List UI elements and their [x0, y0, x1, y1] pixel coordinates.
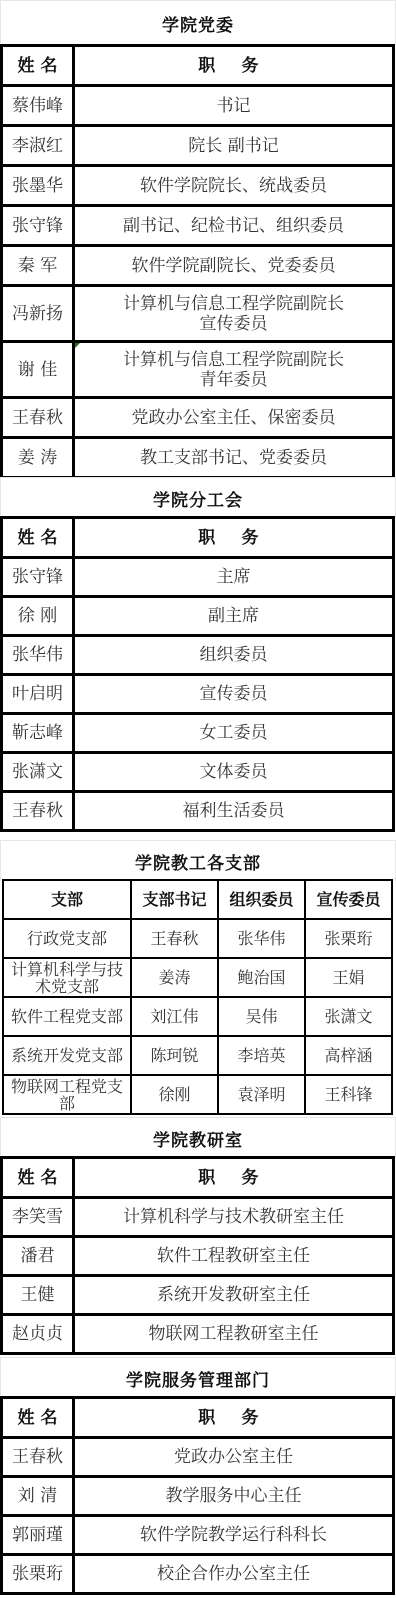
table-row: 王春秋 党政办公室主任、保密委员: [2, 398, 394, 438]
branch-secretary: 陈珂锐: [131, 1036, 218, 1075]
table-row: 张守锋 主席: [2, 558, 394, 597]
branch-publicity: 张潇文: [305, 997, 392, 1036]
table-row: 王健 系统开发教研室主任: [2, 1276, 394, 1315]
table-row: 物联网工程党支部 徐刚 袁泽明 王科锋: [3, 1075, 392, 1114]
member-name: 姜 涛: [2, 438, 74, 478]
table-header-row: 姓 名 职 务: [2, 518, 394, 558]
table-header-row: 姓 名 职 务: [2, 1398, 394, 1438]
member-name: 张栗珩: [2, 1555, 74, 1594]
member-duty: 计算机与信息工程学院副院长 宣传委员: [74, 286, 394, 342]
branch-name: 系统开发党支部: [3, 1036, 131, 1075]
member-duty: 软件学院院长、统战委员: [74, 166, 394, 206]
table-row: 王春秋 党政办公室主任: [2, 1438, 394, 1477]
member-duty: 副主席: [74, 597, 394, 636]
table-row: 姜 涛 教工支部书记、党委委员: [2, 438, 394, 478]
labor-union-table: 姓 名 职 务 张守锋 主席 徐 刚 副主席 张华伟 组织委员 叶启明 宣传委员…: [0, 516, 395, 832]
section-title-teaching-office: 学院教研室: [0, 1117, 396, 1158]
member-duty: 教工支部书记、党委委员: [74, 438, 394, 478]
duty-line-1: 计算机与信息工程学院副院长: [75, 294, 392, 314]
member-name: 赵贞贞: [2, 1315, 74, 1354]
branch-publicity: 王娟: [305, 958, 392, 997]
table-row: 靳志峰 女工委员: [2, 714, 394, 753]
table-row: 徐 刚 副主席: [2, 597, 394, 636]
cell-comment-marker: [75, 343, 80, 348]
table-row: 叶启明 宣传委员: [2, 675, 394, 714]
member-name: 王春秋: [2, 1438, 74, 1477]
member-name: 叶启明: [2, 675, 74, 714]
branch-publicity: 王科锋: [305, 1075, 392, 1114]
member-duty: 软件学院教学运行科科长: [74, 1516, 394, 1555]
header-secretary: 支部书记: [131, 880, 218, 919]
table-row: 李淑红 院长 副书记: [2, 126, 394, 166]
table-row: 王春秋 福利生活委员: [2, 792, 394, 831]
header-branch: 支部: [3, 880, 131, 919]
branches-table: 支部 支部书记 组织委员 宣传委员 行政党支部 王春秋 张华伟 张栗珩 计算机科…: [2, 879, 393, 1115]
header-organization: 组织委员: [218, 880, 305, 919]
table-row: 李笑雪 计算机科学与技术教研室主任: [2, 1198, 394, 1237]
table-row: 刘 清 教学服务中心主任: [2, 1477, 394, 1516]
branch-publicity: 张栗珩: [305, 919, 392, 958]
header-duty: 职 务: [74, 518, 394, 558]
branch-name: 软件工程党支部: [3, 997, 131, 1036]
member-duty: 软件学院副院长、党委委员: [74, 246, 394, 286]
member-duty: 书记: [74, 86, 394, 126]
header-publicity: 宣传委员: [305, 880, 392, 919]
member-duty: 女工委员: [74, 714, 394, 753]
branch-organization: 吴伟: [218, 997, 305, 1036]
section-title-party-committee: 学院党委: [0, 0, 396, 45]
branch-name: 物联网工程党支部: [3, 1075, 131, 1114]
table-row: 张墨华 软件学院院长、统战委员: [2, 166, 394, 206]
member-duty: 教学服务中心主任: [74, 1477, 394, 1516]
table-row: 冯新扬 计算机与信息工程学院副院长 宣传委员: [2, 286, 394, 342]
member-name: 张守锋: [2, 206, 74, 246]
member-name: 王春秋: [2, 398, 74, 438]
table-row: 张守锋 副书记、纪检书记、组织委员: [2, 206, 394, 246]
member-duty: 校企合作办公室主任: [74, 1555, 394, 1594]
table-row: 赵贞贞 物联网工程教研室主任: [2, 1315, 394, 1354]
member-duty: 文体委员: [74, 753, 394, 792]
member-name: 冯新扬: [2, 286, 74, 342]
section-title-branches: 学院教工各支部: [0, 840, 396, 881]
branch-secretary: 王春秋: [131, 919, 218, 958]
table-row: 行政党支部 王春秋 张华伟 张栗珩: [3, 919, 392, 958]
table-header-row: 姓 名 职 务: [2, 46, 394, 86]
branch-organization: 李培英: [218, 1036, 305, 1075]
table-row: 张华伟 组织委员: [2, 636, 394, 675]
member-duty: 宣传委员: [74, 675, 394, 714]
table-row: 软件工程党支部 刘江伟 吴伟 张潇文: [3, 997, 392, 1036]
branch-secretary: 徐刚: [131, 1075, 218, 1114]
member-duty: 副书记、纪检书记、组织委员: [74, 206, 394, 246]
header-name: 姓 名: [2, 46, 74, 86]
table-row: 谢 佳 计算机与信息工程学院副院长 青年委员: [2, 342, 394, 398]
table-header-row: 姓 名 职 务: [2, 1158, 394, 1198]
branch-organization: 张华伟: [218, 919, 305, 958]
member-name: 潘君: [2, 1237, 74, 1276]
table-row: 张潇文 文体委员: [2, 753, 394, 792]
header-duty: 职 务: [74, 1398, 394, 1438]
branch-name: 计算机科学与技术党支部: [3, 958, 131, 997]
branch-secretary: 姜涛: [131, 958, 218, 997]
member-name: 谢 佳: [2, 342, 74, 398]
table-header-row: 支部 支部书记 组织委员 宣传委员: [3, 880, 392, 919]
header-duty: 职 务: [74, 1158, 394, 1198]
member-name: 靳志峰: [2, 714, 74, 753]
table-row: 郭丽瑾 软件学院教学运行科科长: [2, 1516, 394, 1555]
member-name: 张潇文: [2, 753, 74, 792]
member-duty: 党政办公室主任: [74, 1438, 394, 1477]
branch-organization: 袁泽明: [218, 1075, 305, 1114]
member-name: 秦 军: [2, 246, 74, 286]
member-name: 刘 清: [2, 1477, 74, 1516]
member-name: 张守锋: [2, 558, 74, 597]
party-committee-table: 姓 名 职 务 蔡伟峰 书记 李淑红 院长 副书记 张墨华 软件学院院长、统战委…: [0, 44, 395, 479]
member-duty: 福利生活委员: [74, 792, 394, 831]
branch-name: 行政党支部: [3, 919, 131, 958]
member-duty: 系统开发教研室主任: [74, 1276, 394, 1315]
header-duty: 职 务: [74, 46, 394, 86]
member-name: 张华伟: [2, 636, 74, 675]
branch-secretary: 刘江伟: [131, 997, 218, 1036]
header-name: 姓 名: [2, 1398, 74, 1438]
table-row: 系统开发党支部 陈珂锐 李培英 高梓涵: [3, 1036, 392, 1075]
member-duty: 院长 副书记: [74, 126, 394, 166]
member-name: 徐 刚: [2, 597, 74, 636]
member-name: 郭丽瑾: [2, 1516, 74, 1555]
duty-line-2: 宣传委员: [75, 314, 392, 334]
member-name: 王春秋: [2, 792, 74, 831]
duty-line-2: 青年委员: [75, 370, 392, 390]
member-duty: 组织委员: [74, 636, 394, 675]
member-duty: 党政办公室主任、保密委员: [74, 398, 394, 438]
table-row: 张栗珩 校企合作办公室主任: [2, 1555, 394, 1594]
table-row: 秦 军 软件学院副院长、党委委员: [2, 246, 394, 286]
table-row: 潘君 软件工程教研室主任: [2, 1237, 394, 1276]
member-duty: 物联网工程教研室主任: [74, 1315, 394, 1354]
header-name: 姓 名: [2, 1158, 74, 1198]
member-name: 张墨华: [2, 166, 74, 206]
member-duty: 主席: [74, 558, 394, 597]
service-dept-table: 姓 名 职 务 王春秋 党政办公室主任 刘 清 教学服务中心主任 郭丽瑾 软件学…: [0, 1396, 395, 1595]
member-name: 李淑红: [2, 126, 74, 166]
teaching-office-table: 姓 名 职 务 李笑雪 计算机科学与技术教研室主任 潘君 软件工程教研室主任 王…: [0, 1156, 395, 1355]
member-name: 李笑雪: [2, 1198, 74, 1237]
member-duty: 软件工程教研室主任: [74, 1237, 394, 1276]
section-title-service-dept: 学院服务管理部门: [0, 1357, 396, 1398]
member-name: 王健: [2, 1276, 74, 1315]
member-name: 蔡伟峰: [2, 86, 74, 126]
member-duty: 计算机与信息工程学院副院长 青年委员: [74, 342, 394, 398]
table-row: 蔡伟峰 书记: [2, 86, 394, 126]
table-row: 计算机科学与技术党支部 姜涛 鲍治国 王娟: [3, 958, 392, 997]
branch-publicity: 高梓涵: [305, 1036, 392, 1075]
member-duty: 计算机科学与技术教研室主任: [74, 1198, 394, 1237]
branch-organization: 鲍治国: [218, 958, 305, 997]
header-name: 姓 名: [2, 518, 74, 558]
duty-line-1: 计算机与信息工程学院副院长: [75, 350, 392, 370]
section-title-labor-union: 学院分工会: [0, 477, 396, 518]
